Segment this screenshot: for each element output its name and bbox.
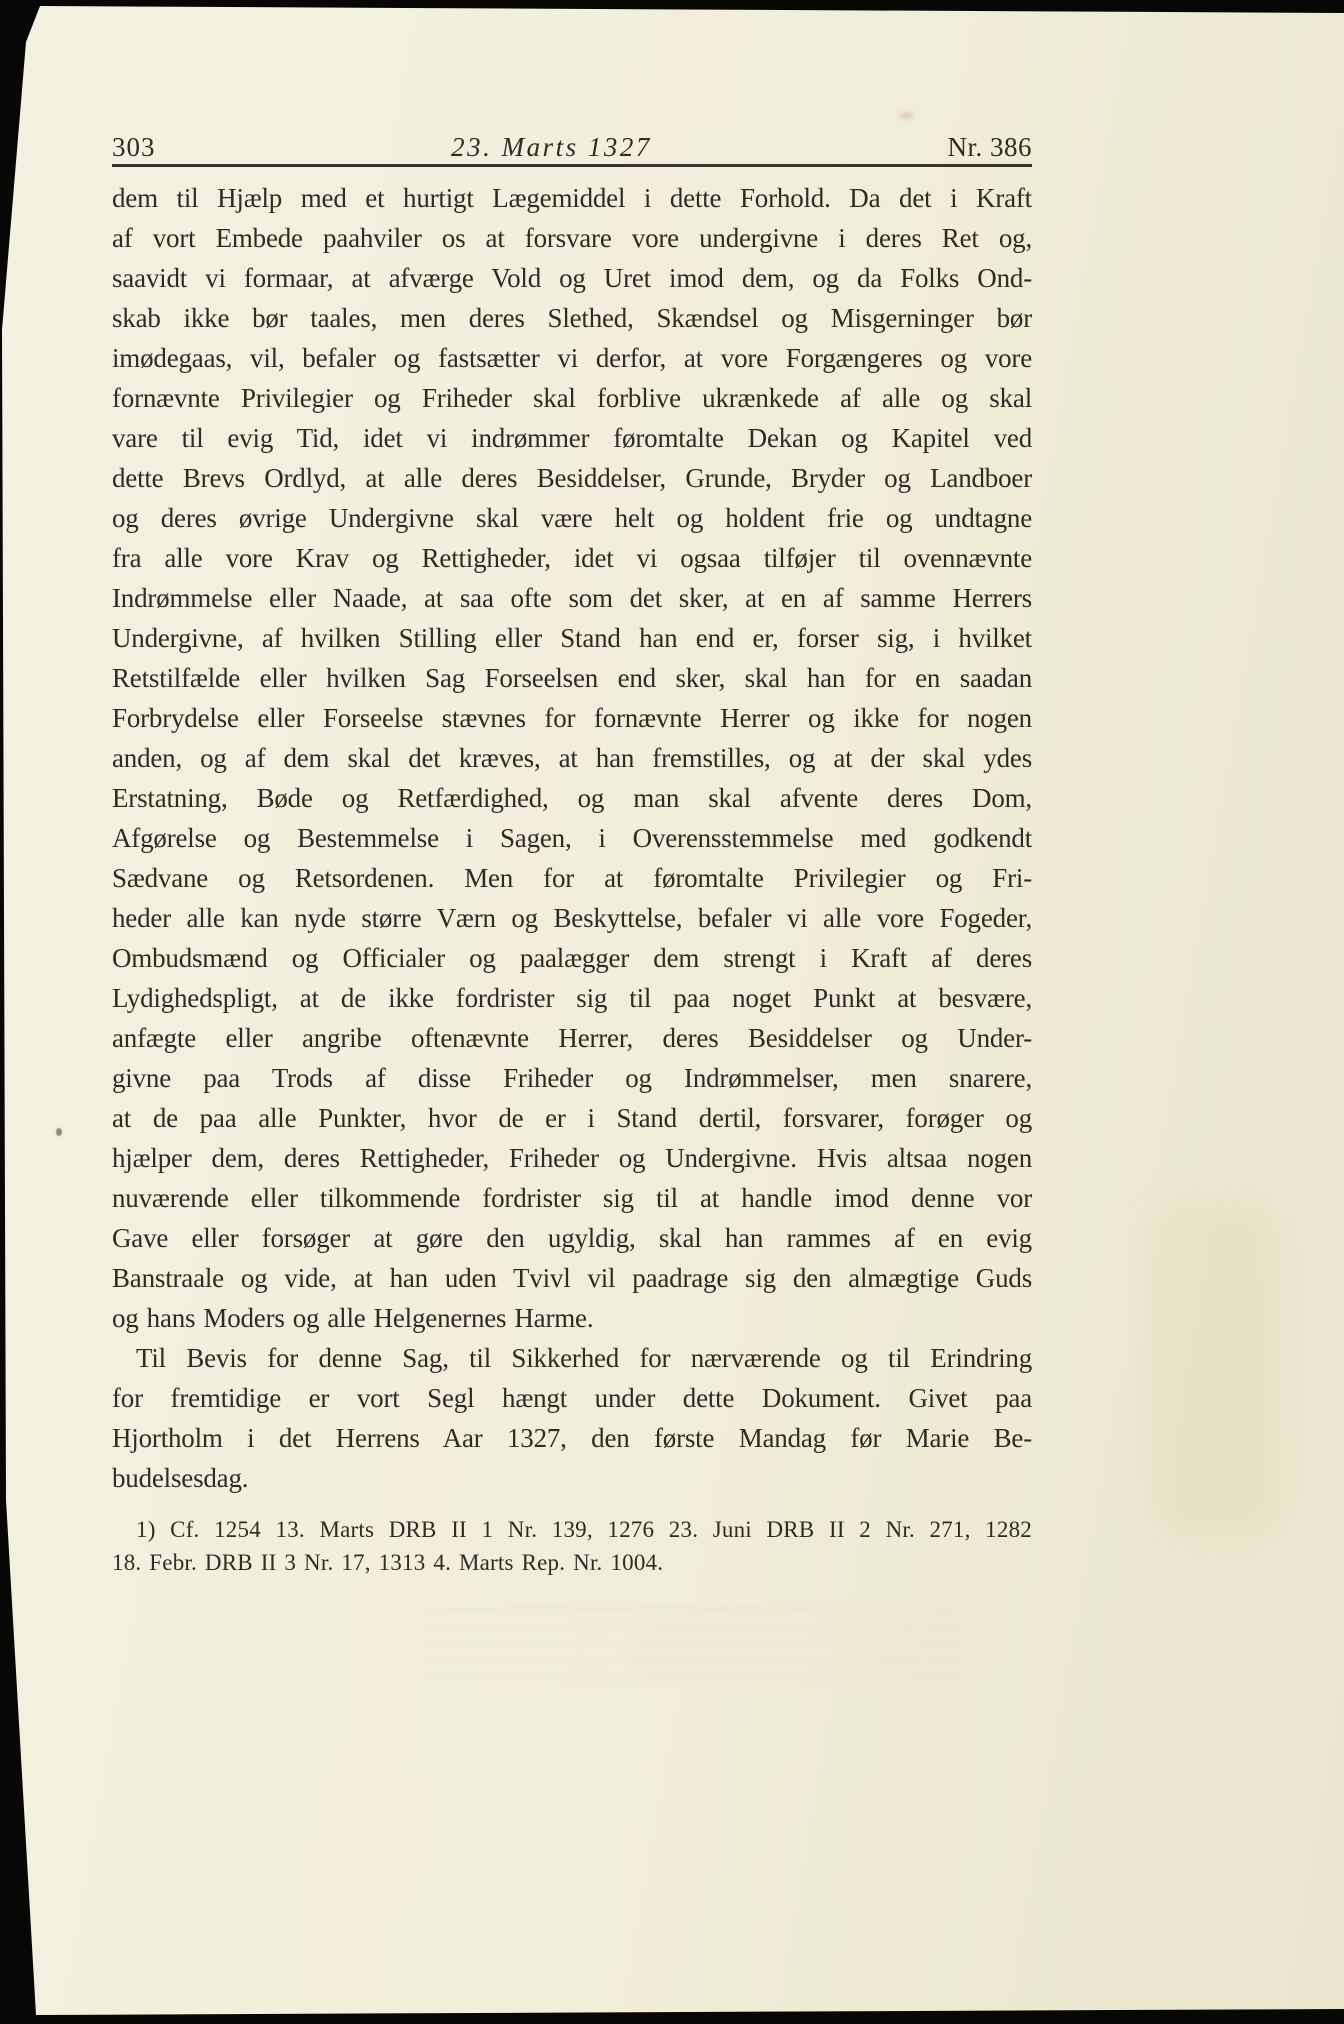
body-line: Hjortholm i det Herrens Aar 1327, den fø…: [112, 1418, 1032, 1458]
document-number: Nr. 386: [947, 130, 1032, 164]
body-line: dem til Hjælp med et hurtigt Lægemiddel …: [112, 178, 1032, 218]
body-line: for fremtidige er vort Segl hængt under …: [112, 1378, 1032, 1418]
body-line: Indrømmelse eller Naade, at saa ofte som…: [112, 578, 1032, 618]
page-number: 303: [112, 130, 156, 164]
body-line: heder alle kan nyde større Værn og Besky…: [112, 898, 1032, 938]
body-line: givne paa Trods af disse Friheder og Ind…: [112, 1058, 1032, 1098]
body-line: Ombudsmænd og Officialer og paalægger de…: [112, 938, 1032, 978]
body-line: Undergivne, af hvilken Stilling eller St…: [112, 618, 1032, 658]
paper-page: 303 23. Marts 1327 Nr. 386 dem til Hjælp…: [0, 0, 1344, 2024]
header-date-title: 23. Marts 1327: [451, 130, 652, 164]
footnote: 1) Cf. 1254 13. Marts DRB II 1 Nr. 139, …: [112, 1513, 1032, 1579]
footnote-line: 18. Febr. DRB II 3 Nr. 17, 1313 4. Marts…: [112, 1546, 1032, 1579]
body-line: fornævnte Privilegier og Friheder skal f…: [112, 378, 1032, 418]
showthrough-ghost-text: [420, 1608, 960, 1686]
scan-speck: [900, 112, 914, 119]
body-line: saavidt vi formaar, at afværge Vold og U…: [112, 258, 1032, 298]
body-line: anfægte eller angribe oftenævnte Herrer,…: [112, 1018, 1032, 1058]
body-text: dem til Hjælp med et hurtigt Lægemiddel …: [112, 178, 1032, 1498]
header-rule: [112, 164, 1032, 167]
body-line-paragraph-end: og hans Moders og alle Helgenernes Harme…: [112, 1298, 1032, 1338]
body-line: nuværende eller tilkommende fordrister s…: [112, 1178, 1032, 1218]
body-line: vare til evig Tid, idet vi indrømmer før…: [112, 418, 1032, 458]
body-line: Afgørelse og Bestemmelse i Sagen, i Over…: [112, 818, 1032, 858]
showthrough-ghost-band: [1150, 1200, 1280, 1540]
footnote-line: 1) Cf. 1254 13. Marts DRB II 1 Nr. 139, …: [112, 1513, 1032, 1546]
body-line: Sædvane og Retsordenen. Men for at førom…: [112, 858, 1032, 898]
body-line-paragraph-end: budelsesdag.: [112, 1458, 1032, 1498]
body-line: Forbrydelse eller Forseelse stævnes for …: [112, 698, 1032, 738]
body-line: fra alle vore Krav og Rettigheder, idet …: [112, 538, 1032, 578]
book-page-scan: { "header": { "page_number": "303", "dat…: [0, 0, 1344, 2024]
body-line: Retstilfælde eller hvilken Sag Forseelse…: [112, 658, 1032, 698]
body-line: imødegaas, vil, befaler og fastsætter vi…: [112, 338, 1032, 378]
body-line: Lydighedspligt, at de ikke fordrister si…: [112, 978, 1032, 1018]
body-line: skab ikke bør taales, men deres Slethed,…: [112, 298, 1032, 338]
body-line: og deres øvrige Undergivne skal være hel…: [112, 498, 1032, 538]
body-line: Gave eller forsøger at gøre den ugyldig,…: [112, 1218, 1032, 1258]
body-line: Banstraale og vide, at han uden Tvivl vi…: [112, 1258, 1032, 1298]
body-line: dette Brevs Ordlyd, at alle deres Besidd…: [112, 458, 1032, 498]
body-line: af vort Embede paahviler os at forsvare …: [112, 218, 1032, 258]
body-line: at de paa alle Punkter, hvor de er i Sta…: [112, 1098, 1032, 1138]
body-line-paragraph-start: Til Bevis for denne Sag, til Sikkerhed f…: [112, 1338, 1032, 1378]
page-content: 303 23. Marts 1327 Nr. 386 dem til Hjælp…: [112, 0, 1032, 2024]
body-line: Erstatning, Bøde og Retfærdighed, og man…: [112, 778, 1032, 818]
scan-speck: [56, 1128, 62, 1136]
page-header: 303 23. Marts 1327 Nr. 386: [112, 130, 1032, 164]
body-line: hjælper dem, deres Rettigheder, Friheder…: [112, 1138, 1032, 1178]
body-line: anden, og af dem skal det kræves, at han…: [112, 738, 1032, 778]
